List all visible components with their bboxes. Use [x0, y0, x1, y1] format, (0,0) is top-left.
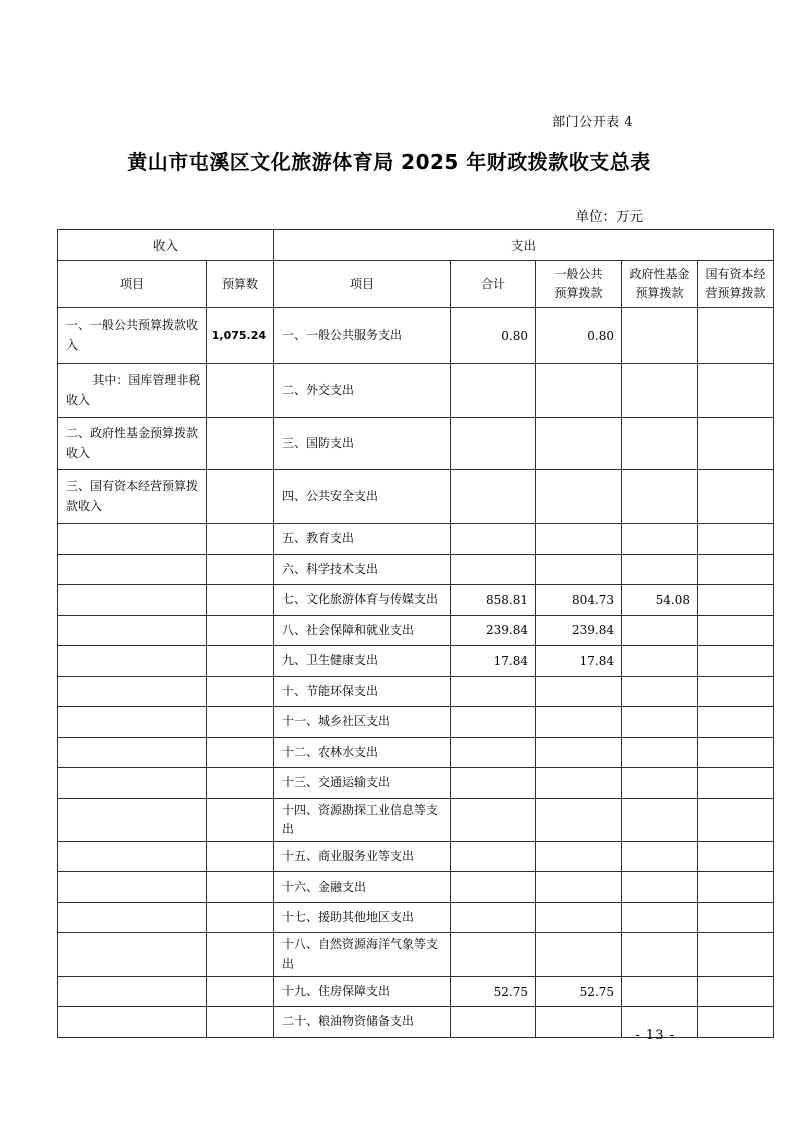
expense-total-cell [451, 1007, 536, 1038]
expense-item-cell: 一、一般公共服务支出 [274, 308, 451, 364]
expense-gov-fund-cell [622, 872, 698, 903]
expense-general-cell [536, 737, 622, 768]
income-budget-cell [207, 364, 274, 418]
expense-general-cell [536, 418, 622, 470]
income-budget-cell [207, 768, 274, 799]
col-header-expense-state-capital: 国有资本经 营预算拨款 [698, 261, 774, 308]
section-header-income: 收入 [58, 230, 274, 261]
expense-item-cell: 十八、自然资源海洋气象等支出 [274, 933, 451, 976]
expense-total-cell [451, 554, 536, 585]
expense-total-cell: 52.75 [451, 976, 536, 1007]
expense-general-cell [536, 707, 622, 738]
income-budget-cell [207, 470, 274, 524]
expense-gov-fund-cell [622, 902, 698, 933]
income-budget-cell: 1,075.24 [207, 308, 274, 364]
income-item-cell: 其中：国库管理非税收入 [58, 364, 207, 418]
expense-state-capital-cell [698, 418, 774, 470]
expense-total-cell [451, 418, 536, 470]
expense-gov-fund-cell [622, 707, 698, 738]
expense-gov-fund-cell: 54.08 [622, 585, 698, 616]
col-header-expense-item: 项目 [274, 261, 451, 308]
income-budget-cell [207, 798, 274, 841]
expense-total-cell [451, 707, 536, 738]
expense-state-capital-cell [698, 707, 774, 738]
income-budget-cell [207, 872, 274, 903]
income-item-cell [58, 933, 207, 976]
expense-item-cell: 十四、资源勘探工业信息等支出 [274, 798, 451, 841]
expense-gov-fund-cell [622, 841, 698, 872]
expense-general-cell [536, 768, 622, 799]
expense-general-cell: 239.84 [536, 615, 622, 646]
table-section-row: 收入 支出 [58, 230, 774, 261]
expense-general-cell: 0.80 [536, 308, 622, 364]
expense-gov-fund-cell [622, 737, 698, 768]
income-item-cell [58, 737, 207, 768]
expense-gov-fund-cell [622, 308, 698, 364]
expense-total-cell [451, 798, 536, 841]
expense-state-capital-cell [698, 902, 774, 933]
income-item-cell [58, 676, 207, 707]
section-header-expense: 支出 [274, 230, 774, 261]
income-budget-cell [207, 976, 274, 1007]
expense-state-capital-cell [698, 585, 774, 616]
income-budget-cell [207, 1007, 274, 1038]
expense-state-capital-cell [698, 768, 774, 799]
table-row: 一、一般公共预算拨款收入1,075.24一、一般公共服务支出0.800.80 [58, 308, 774, 364]
budget-table: 收入 支出 项目 预算数 项目 合计 一般公共 预算拨款 政府性基金 预算拨款 … [57, 229, 774, 1038]
expense-total-cell [451, 841, 536, 872]
table-row: 十四、资源勘探工业信息等支出 [58, 798, 774, 841]
document-page: 部门公开表 4 黄山市屯溪区文化旅游体育局 2025 年财政拨款收支总表 单位：… [0, 0, 793, 1122]
expense-general-cell [536, 933, 622, 976]
table-row: 十九、住房保障支出52.7552.75 [58, 976, 774, 1007]
expense-total-cell: 0.80 [451, 308, 536, 364]
expense-state-capital-cell [698, 798, 774, 841]
table-row: 十八、自然资源海洋气象等支出 [58, 933, 774, 976]
table-row: 二、政府性基金预算拨款收入三、国防支出 [58, 418, 774, 470]
table-row: 十三、交通运输支出 [58, 768, 774, 799]
expense-item-cell: 十二、农林水支出 [274, 737, 451, 768]
income-item-cell [58, 768, 207, 799]
page-title: 黄山市屯溪区文化旅游体育局 2025 年财政拨款收支总表 [0, 146, 778, 175]
income-item-cell [58, 902, 207, 933]
table-row: 八、社会保障和就业支出239.84239.84 [58, 615, 774, 646]
expense-total-cell [451, 470, 536, 524]
income-budget-cell [207, 554, 274, 585]
income-item-cell [58, 554, 207, 585]
expense-gov-fund-cell [622, 976, 698, 1007]
expense-total-cell [451, 872, 536, 903]
expense-gov-fund-cell [622, 418, 698, 470]
expense-total-cell [451, 676, 536, 707]
expense-total-cell: 858.81 [451, 585, 536, 616]
doc-table-label: 部门公开表 4 [552, 111, 633, 130]
income-budget-cell [207, 585, 274, 616]
income-budget-cell [207, 615, 274, 646]
income-item-cell [58, 524, 207, 555]
income-budget-cell [207, 902, 274, 933]
expense-general-cell [536, 554, 622, 585]
income-item-cell [58, 841, 207, 872]
expense-item-cell: 六、科学技术支出 [274, 554, 451, 585]
expense-gov-fund-cell [622, 676, 698, 707]
expense-total-cell [451, 524, 536, 555]
expense-general-cell: 804.73 [536, 585, 622, 616]
table-row: 七、文化旅游体育与传媒支出858.81804.7354.08 [58, 585, 774, 616]
expense-state-capital-cell [698, 554, 774, 585]
expense-state-capital-cell [698, 841, 774, 872]
income-item-cell: 三、国有资本经营预算拨款收入 [58, 470, 207, 524]
expense-item-cell: 九、卫生健康支出 [274, 646, 451, 677]
expense-gov-fund-cell [622, 554, 698, 585]
expense-state-capital-cell [698, 976, 774, 1007]
expense-state-capital-cell [698, 364, 774, 418]
expense-gov-fund-cell [622, 798, 698, 841]
expense-gov-fund-cell [622, 524, 698, 555]
table-row: 五、教育支出 [58, 524, 774, 555]
expense-total-cell [451, 737, 536, 768]
expense-gov-fund-cell [622, 768, 698, 799]
income-item-cell [58, 798, 207, 841]
expense-total-cell [451, 933, 536, 976]
expense-general-cell [536, 524, 622, 555]
expense-item-cell: 三、国防支出 [274, 418, 451, 470]
expense-total-cell [451, 768, 536, 799]
expense-item-cell: 四、公共安全支出 [274, 470, 451, 524]
expense-total-cell: 239.84 [451, 615, 536, 646]
expense-general-cell [536, 364, 622, 418]
expense-general-cell [536, 470, 622, 524]
income-item-cell: 二、政府性基金预算拨款收入 [58, 418, 207, 470]
expense-total-cell: 17.84 [451, 646, 536, 677]
income-item-cell [58, 707, 207, 738]
income-budget-cell [207, 933, 274, 976]
expense-item-cell: 十六、金融支出 [274, 872, 451, 903]
income-budget-cell [207, 676, 274, 707]
income-item-cell: 一、一般公共预算拨款收入 [58, 308, 207, 364]
expense-general-cell [536, 1007, 622, 1038]
expense-item-cell: 十五、商业服务业等支出 [274, 841, 451, 872]
expense-item-cell: 十、节能环保支出 [274, 676, 451, 707]
income-item-cell [58, 585, 207, 616]
expense-general-cell [536, 902, 622, 933]
expense-state-capital-cell [698, 524, 774, 555]
col-header-expense-gov-fund: 政府性基金 预算拨款 [622, 261, 698, 308]
expense-gov-fund-cell [622, 615, 698, 646]
expense-state-capital-cell [698, 615, 774, 646]
expense-item-cell: 十三、交通运输支出 [274, 768, 451, 799]
expense-total-cell [451, 364, 536, 418]
col-header-income-item: 项目 [58, 261, 207, 308]
table-row: 三、国有资本经营预算拨款收入四、公共安全支出 [58, 470, 774, 524]
expense-general-cell [536, 676, 622, 707]
expense-item-cell: 八、社会保障和就业支出 [274, 615, 451, 646]
income-budget-cell [207, 646, 274, 677]
income-item-cell [58, 1007, 207, 1038]
unit-note: 单位：万元 [576, 205, 644, 225]
income-budget-cell [207, 707, 274, 738]
income-budget-cell [207, 737, 274, 768]
income-item-cell [58, 872, 207, 903]
expense-general-cell: 17.84 [536, 646, 622, 677]
expense-gov-fund-cell [622, 470, 698, 524]
col-header-expense-total: 合计 [451, 261, 536, 308]
income-budget-cell [207, 418, 274, 470]
table-header-row: 项目 预算数 项目 合计 一般公共 预算拨款 政府性基金 预算拨款 国有资本经 … [58, 261, 774, 308]
income-budget-cell [207, 841, 274, 872]
expense-total-cell [451, 902, 536, 933]
table-row: 六、科学技术支出 [58, 554, 774, 585]
income-item-cell [58, 646, 207, 677]
income-item-cell [58, 976, 207, 1007]
page-number: - 13 - [635, 1028, 675, 1043]
expense-state-capital-cell [698, 470, 774, 524]
col-header-expense-general: 一般公共 预算拨款 [536, 261, 622, 308]
table-row: 十七、援助其他地区支出 [58, 902, 774, 933]
table-row: 十六、金融支出 [58, 872, 774, 903]
income-item-cell [58, 615, 207, 646]
expense-item-cell: 二十、粮油物资储备支出 [274, 1007, 451, 1038]
income-budget-cell [207, 524, 274, 555]
expense-state-capital-cell [698, 646, 774, 677]
expense-item-cell: 十七、援助其他地区支出 [274, 902, 451, 933]
expense-general-cell [536, 798, 622, 841]
expense-state-capital-cell [698, 308, 774, 364]
table-row: 十、节能环保支出 [58, 676, 774, 707]
expense-item-cell: 十九、住房保障支出 [274, 976, 451, 1007]
expense-general-cell: 52.75 [536, 976, 622, 1007]
expense-general-cell [536, 872, 622, 903]
expense-state-capital-cell [698, 737, 774, 768]
expense-gov-fund-cell [622, 646, 698, 677]
expense-item-cell: 二、外交支出 [274, 364, 451, 418]
expense-state-capital-cell [698, 933, 774, 976]
expense-state-capital-cell [698, 676, 774, 707]
col-header-income-budget: 预算数 [207, 261, 274, 308]
table-row: 九、卫生健康支出17.8417.84 [58, 646, 774, 677]
table-row: 十五、商业服务业等支出 [58, 841, 774, 872]
expense-state-capital-cell [698, 1007, 774, 1038]
expense-item-cell: 五、教育支出 [274, 524, 451, 555]
expense-item-cell: 十一、城乡社区支出 [274, 707, 451, 738]
expense-item-cell: 七、文化旅游体育与传媒支出 [274, 585, 451, 616]
table-row: 十一、城乡社区支出 [58, 707, 774, 738]
expense-general-cell [536, 841, 622, 872]
table-row: 十二、农林水支出 [58, 737, 774, 768]
expense-state-capital-cell [698, 872, 774, 903]
table-row: 其中：国库管理非税收入二、外交支出 [58, 364, 774, 418]
expense-gov-fund-cell [622, 933, 698, 976]
expense-gov-fund-cell [622, 364, 698, 418]
